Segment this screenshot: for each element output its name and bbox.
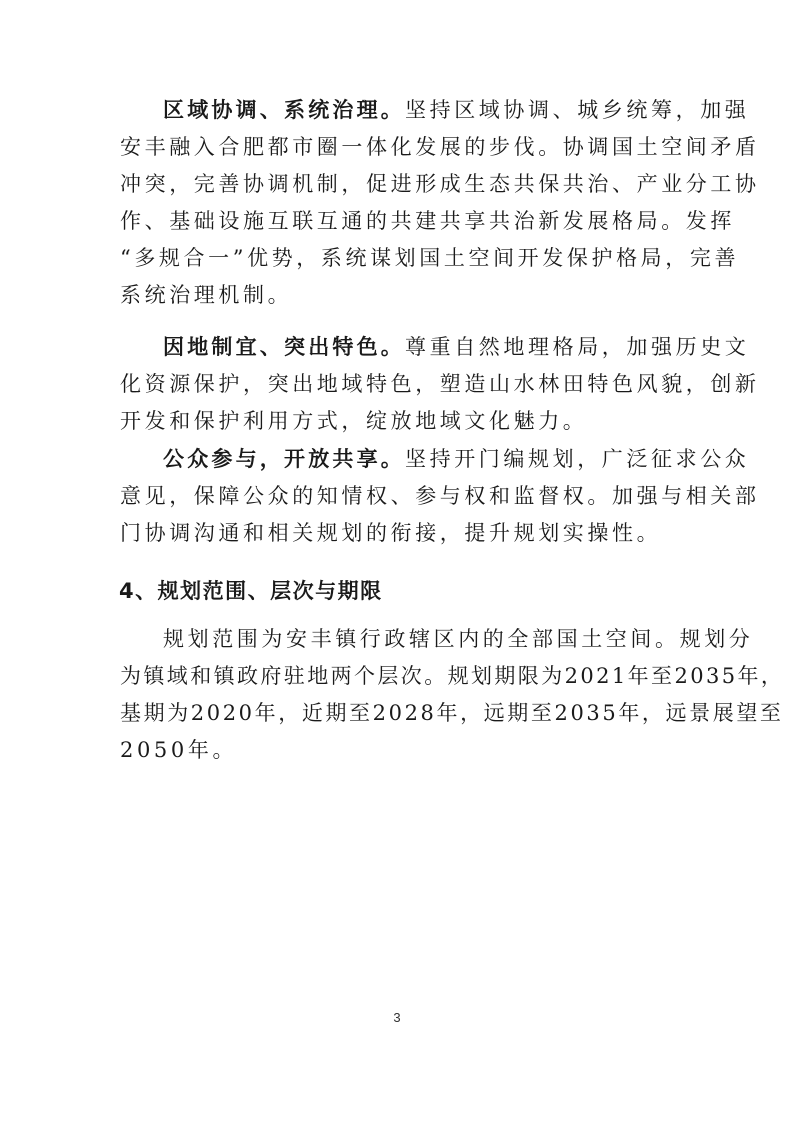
paragraph-1-lead: 区域协调、系统治理。 [163, 98, 405, 122]
paragraph-3-line-1: 公众参与，开放共享。坚持开门编规划，广泛征求公众 [163, 441, 733, 478]
paragraph-3-line-2: 意见，保障公众的知情权、参与权和监督权。加强与相关部 [120, 478, 690, 515]
paragraph-1-line-3: 冲突，完善协调机制，促进形成生态共保共治、产业分工协 [120, 166, 690, 203]
paragraph-2-line-1: 因地制宜、突出特色。尊重自然地理格局，加强历史文 [163, 329, 733, 366]
paragraph-2-lead: 因地制宜、突出特色。 [163, 335, 405, 359]
section-paragraph-line-2: 为镇域和镇政府驻地两个层次。规划期限为2021年至2035年， [120, 658, 690, 695]
paragraph-1-line-6: 系统治理机制。 [120, 277, 690, 314]
page-number: 3 [0, 1010, 794, 1025]
section-heading: 4、规划范围、层次与期限 [119, 573, 383, 610]
paragraph-3-lead: 公众参与，开放共享。 [163, 447, 405, 471]
paragraph-1-line-4: 作、基础设施互联互通的共建共享共治新发展格局。发挥 [120, 203, 690, 240]
section-paragraph-line-1: 规划范围为安丰镇行政辖区内的全部国土空间。规划分 [163, 621, 733, 658]
paragraph-2-line-2: 化资源保护，突出地域特色，塑造山水林田特色风貌，创新 [120, 366, 690, 403]
section-paragraph-line-4: 2050年。 [120, 732, 690, 769]
paragraph-3-line-3: 门协调沟通和相关规划的衔接，提升规划实操性。 [120, 515, 690, 552]
paragraph-1-line-1: 区域协调、系统治理。坚持区域协调、城乡统筹，加强 [163, 92, 733, 129]
section-paragraph-line-3: 基期为2020年，近期至2028年，远期至2035年，远景展望至 [120, 695, 690, 732]
paragraph-1-line-2: 安丰融入合肥都市圈一体化发展的步伐。协调国土空间矛盾 [120, 129, 690, 166]
paragraph-2-line-3: 开发和保护利用方式，绽放地域文化魅力。 [120, 403, 690, 440]
document-page: 区域协调、系统治理。坚持区域协调、城乡统筹，加强 安丰融入合肥都市圈一体化发展的… [0, 0, 794, 1122]
paragraph-1-line-5: “多规合一”优势，系统谋划国土空间开发保护格局，完善 [120, 240, 690, 277]
